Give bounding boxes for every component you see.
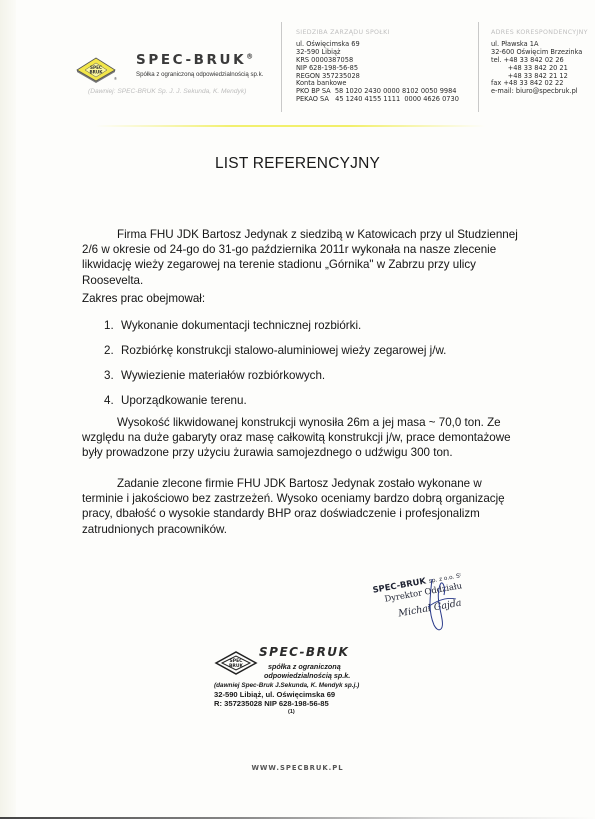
- headquarters-heading: SIEDZIBA ZARZĄDU SPÓŁKI: [296, 29, 468, 37]
- brand-name-text: SPEC-BRUK: [136, 52, 246, 68]
- list-text: Rozbiórkę konstrukcji stalowo-aluminiowe…: [121, 344, 446, 357]
- stamp-line: R: 357235028 NIP 628-198-56-85: [214, 700, 329, 709]
- spec-bruk-logo-icon: SPEC BRUK ®: [74, 53, 118, 85]
- stamp-logo-icon: SPEC BRUK: [212, 649, 260, 677]
- list-item: 2.Rozbiórkę konstrukcji stalowo-aluminio…: [104, 344, 446, 357]
- svg-text:®: ®: [114, 76, 117, 81]
- registered-mark: ®: [246, 53, 253, 61]
- signature-stamp: SPEC-BRUK sp. z o.o. Sᵗ Dyrektor Oddział…: [370, 567, 480, 637]
- brand-subtitle: Spółka z ograniczoną odpowiedzialnością …: [136, 71, 263, 78]
- header-divider: [281, 22, 282, 112]
- correspondence-heading: ADRES KORESPONDENCYJNY: [491, 29, 595, 37]
- svg-text:BRUK: BRUK: [229, 663, 244, 669]
- brand-name: SPEC-BRUK®: [136, 52, 253, 68]
- brand-former-name: (Dawniej: SPEC-BRUK Sp. J. J. Sekunda, K…: [88, 88, 246, 95]
- stamp-line: (1): [288, 708, 295, 717]
- paragraph-assessment: Zadanie zlecone firmie FHU JDK Bartosz J…: [82, 476, 522, 537]
- list-number: 2.: [104, 344, 121, 357]
- paragraph-assessment-text: Zadanie zlecone firmie FHU JDK Bartosz J…: [82, 477, 505, 536]
- scope-label: Zakres prac obejmował:: [82, 292, 205, 305]
- stamp-line: odpowiedzialnością sp.k.: [264, 672, 350, 681]
- list-item: 1.Wykonanie dokumentacji technicznej roz…: [104, 319, 361, 332]
- hq-line: PEKAO SA 45 1240 4155 1111 0000 4626 073…: [296, 96, 468, 104]
- list-text: Wywiezienie materiałów rozbiórkowych.: [121, 369, 325, 382]
- list-text: Uporządkowanie terenu.: [121, 394, 247, 407]
- correspondence-address: ADRES KORESPONDENCYJNY ul. Pławska 1A 32…: [491, 29, 595, 96]
- list-item: 3.Wywiezienie materiałów rozbiórkowych.: [104, 369, 325, 382]
- paragraph-intro-text: Firma FHU JDK Bartosz Jedynak z siedzibą…: [82, 228, 518, 287]
- svg-text:BRUK: BRUK: [89, 70, 103, 75]
- list-number: 1.: [104, 319, 121, 332]
- footer-website-link[interactable]: WWW.SPECBRUK.PL: [0, 764, 595, 772]
- stamp-company-name: SPEC-BRUK: [259, 648, 349, 657]
- header-accent-rule: [95, 125, 485, 127]
- list-number: 3.: [104, 369, 121, 382]
- letter-title: LIST REFERENCYJNY: [0, 155, 595, 173]
- list-item: 4.Uporządkowanie terenu.: [104, 394, 247, 407]
- list-number: 4.: [104, 394, 121, 407]
- headquarters-address: SIEDZIBA ZARZĄDU SPÓŁKI ul. Oświęcimska …: [296, 29, 468, 104]
- list-text: Wykonanie dokumentacji technicznej rozbi…: [121, 319, 361, 332]
- paragraph-details: Wysokość likwidowanej konstrukcji wynosi…: [82, 415, 522, 461]
- scan-edge-left: [0, 0, 16, 819]
- paragraph-details-text: Wysokość likwidowanej konstrukcji wynosi…: [82, 416, 511, 459]
- paragraph-intro: Firma FHU JDK Bartosz Jedynak z siedzibą…: [82, 227, 522, 288]
- handwritten-signature-icon: [370, 567, 480, 637]
- email-link[interactable]: e-mail: biuro@specbruk.pl: [491, 88, 595, 96]
- header-divider: [478, 22, 479, 112]
